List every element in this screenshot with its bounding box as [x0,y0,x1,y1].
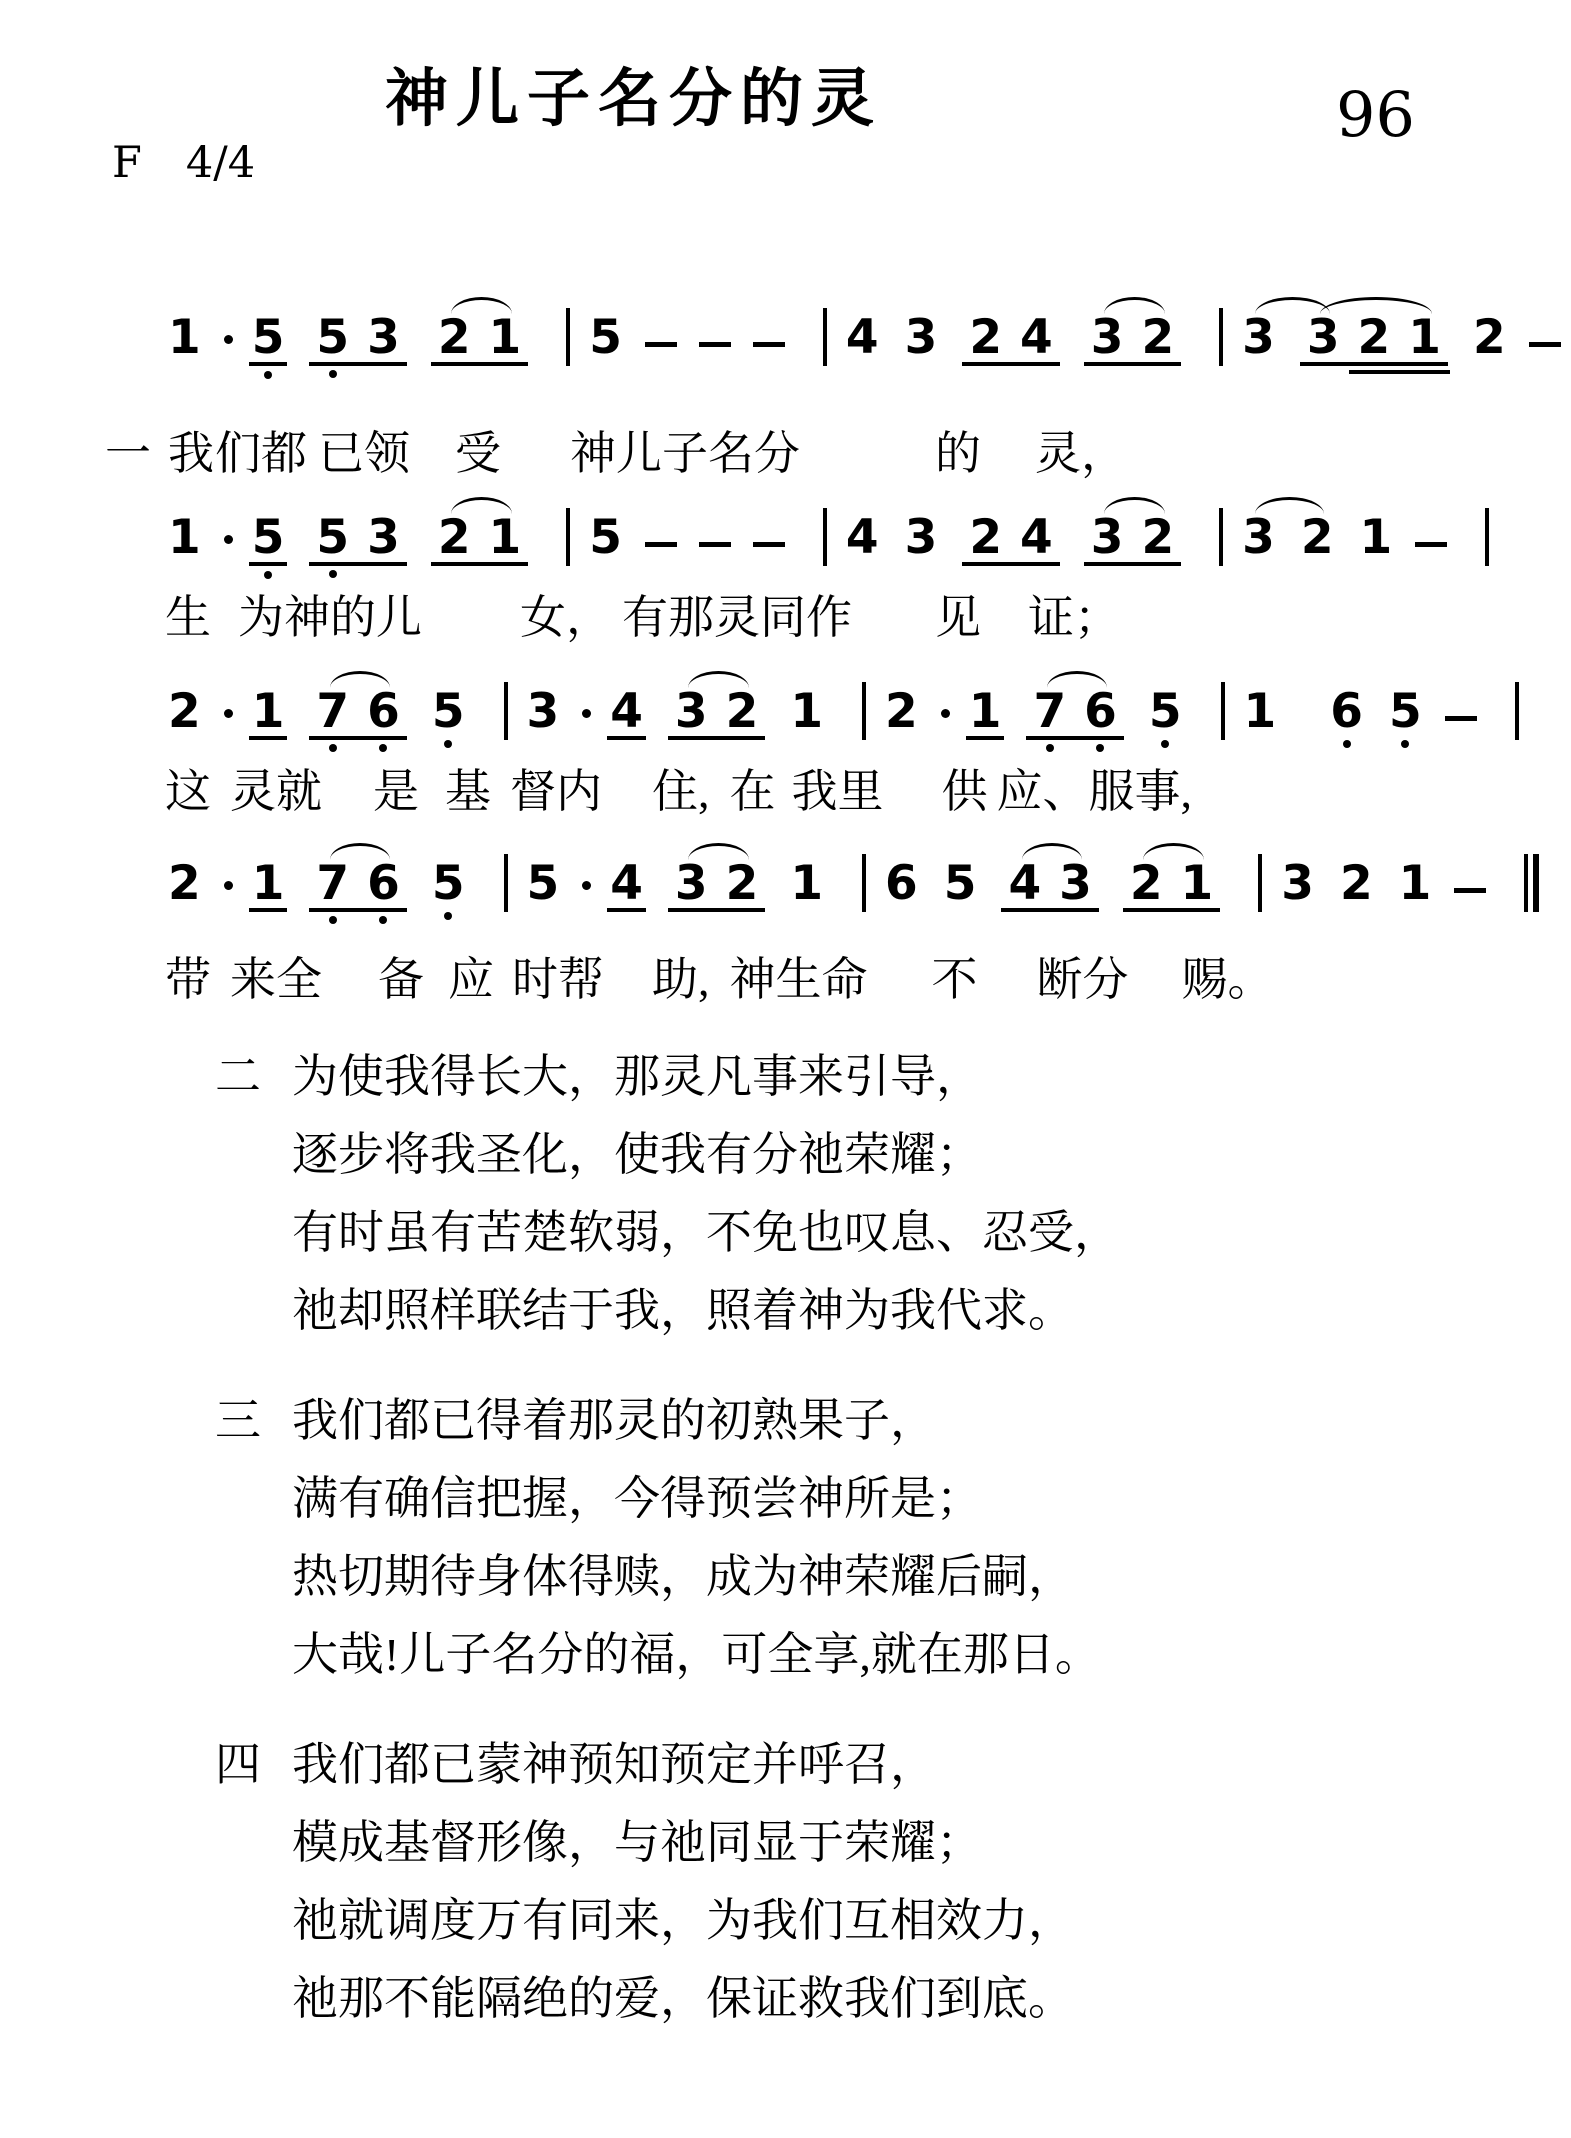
lyric-seg: 供 [942,762,988,822]
note: 1 [165,318,204,366]
beam-group: 21 [1121,864,1222,912]
verse-line: 模成基督形像，与祂同显于荣耀； [292,1804,1120,1882]
lyric-seg: 证； [1028,588,1120,648]
lyric-seg: 的 [935,424,981,484]
note: 5 [249,518,288,566]
verse-number: 四 [215,1726,261,1804]
note: 7 [1024,692,1075,732]
octave-dot [444,912,452,920]
lyric-seg: 助, [652,950,710,1010]
note: 3 [1082,518,1133,558]
barline [566,308,570,366]
octave-dot [1343,740,1351,748]
note: 1 [1357,518,1396,566]
beam-group: 76 [307,864,408,912]
lyric-seg: 带 [165,950,211,1010]
note: 6 [1327,692,1366,740]
note: 4 [999,864,1050,904]
music-line-2: 1553215432432321 [165,502,1505,566]
dash [753,542,785,547]
beam-line [309,908,406,912]
beam-group: 32 [1082,318,1183,366]
slur [451,297,512,314]
slur [688,843,749,860]
note: 2 [1470,318,1509,366]
hymn-title: 神儿子名分的灵 [385,48,882,139]
lyric-seg: 应、服事, [997,762,1193,822]
barline [862,854,866,912]
octave-dot [379,744,387,752]
note: 1 [480,318,531,358]
verse-number: 三 [215,1382,261,1460]
lyric-seg: 基 [445,762,491,822]
note: 4 [1011,318,1062,358]
slur [1320,297,1431,314]
slur [1104,497,1165,514]
beam-line [1084,362,1181,366]
note: 5 [249,318,288,366]
note: 6 [358,864,409,904]
lyric-seg: 神儿子名分 [570,424,800,484]
note: 4 [843,518,882,566]
barline [504,682,508,740]
note: 3 [524,692,563,740]
lyric-seg: 女， [520,588,612,648]
barline [1219,308,1223,366]
beam-line [668,736,765,740]
dash [1415,542,1447,547]
beam-line [668,908,765,912]
beam-line [309,362,406,366]
note: 5 [586,518,625,566]
beam-group: 21 [429,518,530,566]
note: 2 [1298,518,1337,566]
note: 5 [524,864,563,912]
note: 5 [429,692,468,740]
dash [645,542,677,547]
note: 2 [1132,318,1183,358]
lyric-seg: 在 [730,762,776,822]
note: 2 [960,518,1011,558]
verse-line: 为使我得长大，那灵凡事来引导， [292,1038,1120,1116]
barline [566,508,570,566]
slur [1022,843,1083,860]
octave-dot [329,570,337,578]
lyric-seg: 一 [105,424,151,484]
lyric-seg: 赐。 [1182,950,1274,1010]
slur [1255,497,1324,514]
note: 2 [717,692,768,732]
verse-line: 满有确信把握，今得预尝神所是； [292,1460,1120,1538]
octave-dot [264,371,272,379]
beam-line [431,362,528,366]
note: 1 [966,692,1005,740]
lyric-seg: 督内 [510,762,602,822]
beam-line [1300,362,1448,366]
verse-block-4: 四 我们都已蒙神预知预定并呼召， 模成基督形像，与祂同显于荣耀； 祂就调度万有同… [215,1726,1120,2038]
octave-dot [1046,744,1054,752]
note: 2 [1132,518,1183,558]
slur [688,671,749,688]
lyric-line-3: 这灵就是基督内住,在我里供应、服事, [165,762,1192,822]
note: 3 [1278,864,1317,912]
final-barline [1524,854,1539,912]
music-line-1: 155321543243233212 [165,302,1571,366]
note: 1 [787,692,826,740]
octave-dot [1401,740,1409,748]
note: 1 [1241,692,1280,740]
note: 3 [358,518,409,558]
time-signature: 4/4 [186,138,255,188]
dash [699,542,731,547]
slur [1047,671,1108,688]
beam-group: 21 [429,318,530,366]
note: 3 [1082,318,1133,358]
beam-group: 321 [1298,318,1450,366]
barline [1485,508,1489,566]
octave-dot [264,571,272,579]
key-letter: F [112,138,142,188]
lyric-seg: 不 [932,950,978,1010]
verse-line: 我们都已得着那灵的初熟果子， [292,1382,1120,1460]
beam-line [962,362,1059,366]
dash [753,342,785,347]
duration-dot [224,535,233,544]
beam-group: 43 [999,864,1100,912]
beam-line [1084,562,1181,566]
note: 6 [1075,692,1126,732]
barline [862,682,866,740]
beam-line [1026,736,1123,740]
beam-group: 24 [960,518,1061,566]
verse-line: 大哉!儿子名分的福，可全享,就在那日。 [292,1616,1120,1694]
lyric-seg: 为神的儿 [238,588,422,648]
note: 3 [902,518,941,566]
dash [645,342,677,347]
lyric-seg: 我里 [792,762,884,822]
note: 1 [480,518,531,558]
note: 3 [1298,318,1349,358]
note: 2 [165,864,204,912]
dash [699,342,731,347]
beam-line [1001,908,1098,912]
lyric-seg: 灵就 [230,762,322,822]
octave-dot [1096,744,1104,752]
note: 2 [165,692,204,740]
slur [1104,297,1165,314]
note: 3 [666,692,717,732]
beam-group: 76 [1024,692,1125,740]
note: 3 [666,864,717,904]
duration-dot [941,709,950,718]
lyric-seg: 这 [165,762,211,822]
verse-block-3: 三 我们都已得着那灵的初熟果子， 满有确信把握，今得预尝神所是； 热切期待身体得… [215,1382,1120,1694]
lyric-seg: 有那灵同作 [622,588,852,648]
note: 2 [429,318,480,358]
note: 5 [1146,692,1185,740]
verse-line: 有时虽有苦楚软弱，不免也叹息、忍受， [292,1194,1120,1272]
beam-line-2 [1349,370,1450,374]
lyric-seg: 住, [652,762,710,822]
note: 5 [1386,692,1425,740]
lyric-seg: 我 [168,424,214,484]
beam-group: 53 [307,518,408,566]
note: 5 [941,864,980,912]
beam-line [309,736,406,740]
verse-number: 二 [215,1038,261,1116]
note: 4 [607,692,646,740]
note: 1 [787,864,826,912]
octave-dot [379,916,387,924]
duration-dot [224,335,233,344]
note: 5 [586,318,625,366]
note: 2 [429,518,480,558]
note: 3 [1239,318,1278,366]
beam-line [962,562,1059,566]
note: 2 [1349,318,1400,358]
note: 2 [717,864,768,904]
lyric-seg: 是 [373,762,419,822]
lyric-seg: 时帮 [512,950,604,1010]
barline [823,508,827,566]
note: 1 [165,518,204,566]
lyric-seg: 已领 [318,424,410,484]
dash [1529,342,1561,347]
octave-dot [329,916,337,924]
octave-dot [444,740,452,748]
note: 3 [358,318,409,358]
slur [330,671,391,688]
duration-dot [582,881,591,890]
hymn-number: 96 [1336,78,1415,151]
barline [1221,682,1225,740]
slur [1255,297,1330,314]
note: 2 [882,692,921,740]
note: 7 [307,864,358,904]
note: 1 [249,864,288,912]
duration-dot [224,881,233,890]
note: 7 [307,692,358,732]
lyric-seg: 断分 [1037,950,1129,1010]
note: 2 [960,318,1011,358]
dash [1445,716,1477,721]
lyric-line-1: 一我们都已领受神儿子名分的灵， [105,424,1127,484]
lyric-seg: 生 [165,588,211,648]
note: 3 [1239,518,1278,566]
verse-line: 祂那不能隔绝的爱，保证救我们到底。 [292,1960,1120,2038]
barline [823,308,827,366]
barline [1515,682,1519,740]
note: 5 [307,318,358,358]
slur [330,843,391,860]
note: 3 [902,318,941,366]
lyric-seg: 来全 [230,950,322,1010]
lyric-line-4: 带来全备应时帮助,神生命不断分赐。 [165,950,1274,1010]
note: 6 [358,692,409,732]
beam-line [431,562,528,566]
verse-block-2: 二 为使我得长大，那灵凡事来引导， 逐步将我圣化，使我有分祂荣耀； 有时虽有苦楚… [215,1038,1120,1350]
note: 5 [307,518,358,558]
note: 1 [1172,864,1223,904]
duration-dot [582,709,591,718]
lyric-seg: 备 [378,950,424,1010]
slur [1143,843,1204,860]
octave-dot [329,370,337,378]
hymn-page: 神儿子名分的灵 96 F4/4 155321543243233212 一我们都已… [0,0,1571,2138]
barline [1219,508,1223,566]
beam-line [309,562,406,566]
beam-group: 53 [307,318,408,366]
lyric-seg: 应 [448,950,494,1010]
verses-section: 二 为使我得长大，那灵凡事来引导， 逐步将我圣化，使我有分祂荣耀； 有时虽有苦楚… [215,1038,1120,2070]
note: 1 [1399,318,1450,358]
beam-group: 32 [666,864,767,912]
music-line-3: 217653432121765165 [165,676,1535,740]
verse-line: 祂却照样联结于我，照着神为我代求。 [292,1272,1120,1350]
beam-group: 76 [307,692,408,740]
slur [451,497,512,514]
note: 1 [249,692,288,740]
verse-line: 热切期待身体得赎，成为神荣耀后嗣， [292,1538,1120,1616]
lyric-seg: 灵， [1035,424,1127,484]
lyric-line-2: 生为神的儿女，有那灵同作见证； [165,588,1120,648]
lyric-seg: 们都 [215,424,307,484]
key-signature: F4/4 [112,138,255,188]
note: 1 [1396,864,1435,912]
beam-line [1123,908,1220,912]
lyric-seg: 受 [455,424,501,484]
octave-dot [329,744,337,752]
music-line-4: 2176554321654321321 [165,848,1539,912]
barline [504,854,508,912]
verse-line: 我们都已蒙神预知预定并呼召， [292,1726,1120,1804]
lyric-seg: 神生命 [730,950,868,1010]
dash [1454,888,1486,893]
note: 4 [607,864,646,912]
octave-dot [1161,740,1169,748]
barline [1258,854,1262,912]
lyric-seg: 见 [935,588,981,648]
note: 3 [1050,864,1101,904]
verse-line: 逐步将我圣化，使我有分祂荣耀； [292,1116,1120,1194]
note: 4 [843,318,882,366]
note: 2 [1121,864,1172,904]
note: 4 [1011,518,1062,558]
beam-group: 32 [666,692,767,740]
beam-group: 32 [1082,518,1183,566]
note: 5 [429,864,468,912]
note: 2 [1337,864,1376,912]
verse-line: 祂就调度万有同来，为我们互相效力， [292,1882,1120,1960]
duration-dot [224,709,233,718]
beam-group: 24 [960,318,1061,366]
note: 6 [882,864,921,912]
